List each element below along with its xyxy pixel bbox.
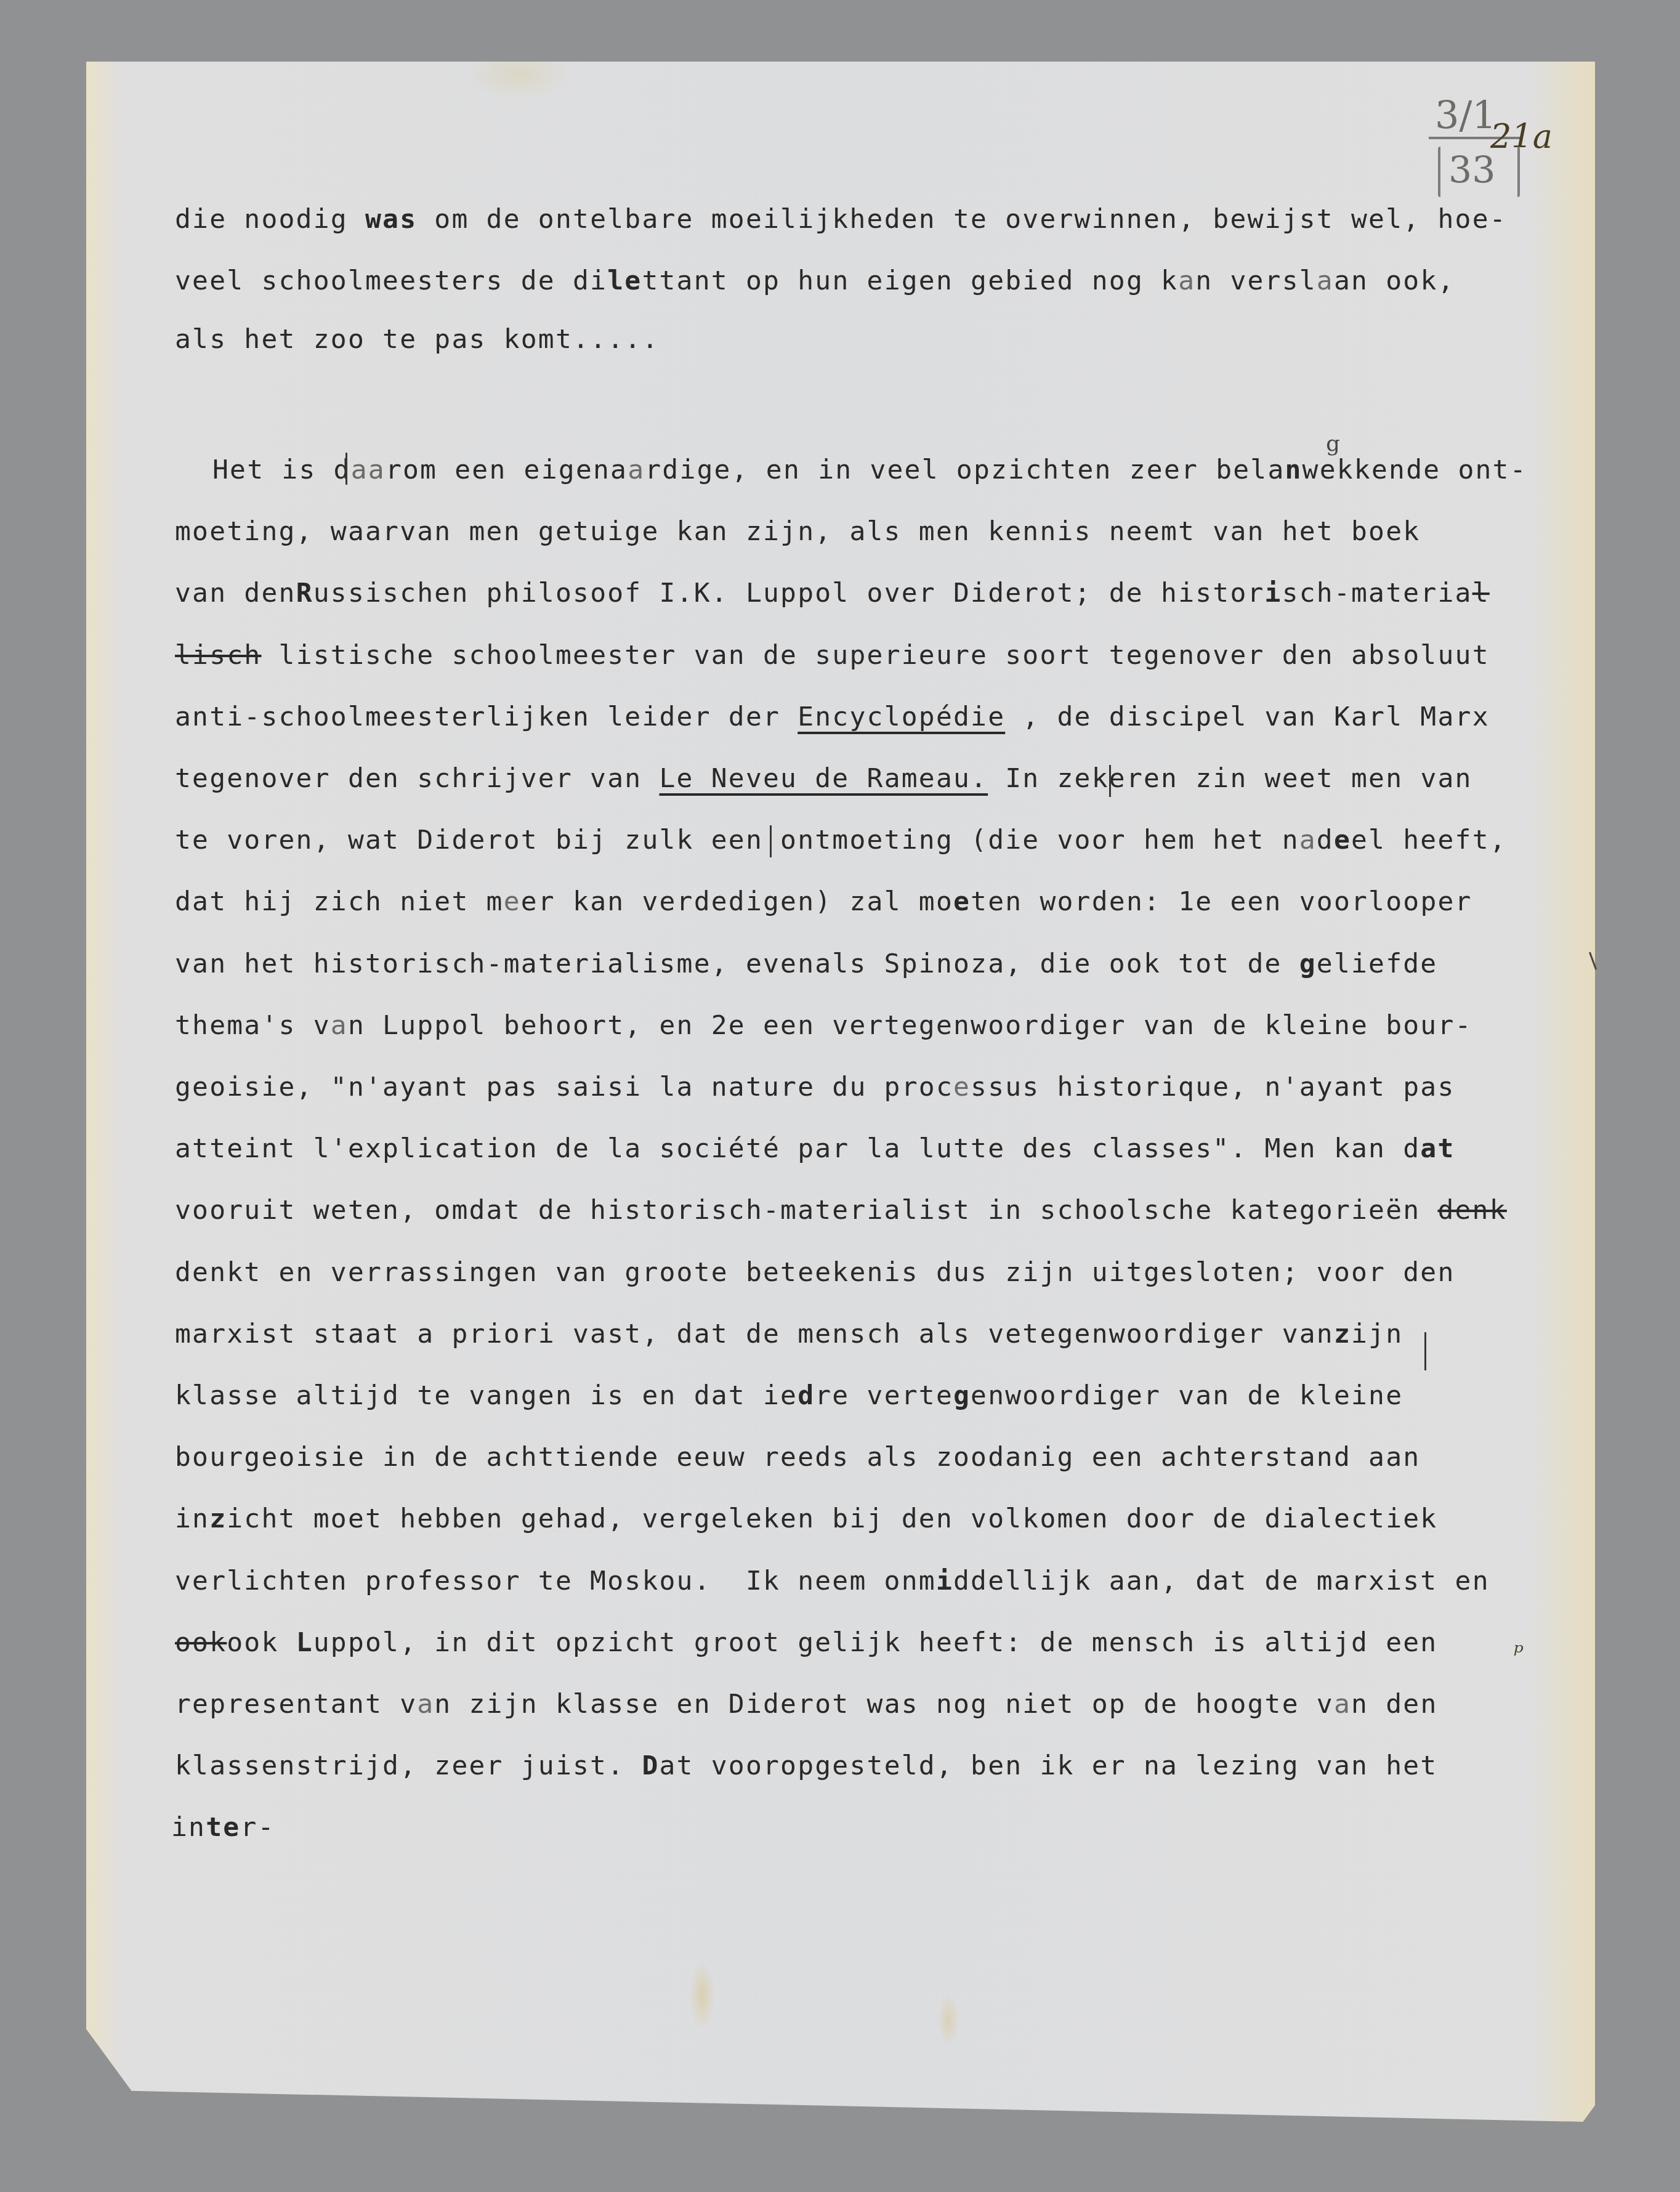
text-segment: klassenstrijd, zeer juist. (175, 1750, 642, 1781)
text-segment: a (1178, 265, 1195, 296)
text-segment: anti-schoolmeesterlijken leider der (175, 702, 798, 732)
text-segment: van den (175, 578, 296, 609)
text-segment: a (1317, 265, 1334, 296)
text-segment: verlichten professor te Moskou. Ik neem … (175, 1566, 936, 1596)
text-segment: rdige, en in veel opzichten zeer bela (645, 455, 1285, 485)
text-line: bourgeoisie in de achttiende eeuw reeds … (175, 1444, 1420, 1471)
text-segment: i (936, 1566, 953, 1596)
text-segment: te voren, wat Diderot bij zulk een ontmo… (175, 825, 1299, 855)
text-line: veel schoolmeesters de dilettant op hun … (175, 268, 1455, 294)
text-segment: vooruit weten, omdat de historisch-mater… (175, 1195, 1437, 1226)
text-segment: a (1299, 825, 1317, 855)
text-segment: ddellijk aan, dat de marxist en (953, 1566, 1490, 1596)
text-line: moeting, waarvan men getuige kan zijn, a… (175, 519, 1420, 545)
text-segment: ijn (1351, 1319, 1403, 1349)
text-segment: d (1317, 825, 1334, 855)
text-segment: geoisie, "n'ayant pas saisi la nature du… (175, 1072, 953, 1102)
text-segment: representant v (175, 1689, 417, 1720)
text-segment: a (1334, 1689, 1351, 1720)
text-segment: d (798, 1380, 815, 1411)
text-segment: eliefde (1317, 948, 1438, 979)
boxed-page-number: 33 (1448, 149, 1495, 192)
text-line: die noodig was om de ontelbare moeilijkh… (175, 206, 1507, 233)
text-segment: ook (227, 1627, 296, 1658)
text-segment: van het historisch-materialisme, evenals… (175, 948, 1299, 979)
insertion-caret (1424, 1332, 1426, 1370)
text-segment: om de ontelbare moeilijkheden te overwin… (417, 204, 1507, 235)
text-segment: z (1334, 1319, 1351, 1349)
text-segment: D (642, 1750, 659, 1781)
struck-text: ook (175, 1627, 227, 1658)
text-segment: g (953, 1380, 971, 1411)
text-line: inzicht moet hebben gehad, vergeleken bi… (175, 1506, 1437, 1532)
text-segment: ussischen philosoof I.K. Luppol over Did… (313, 578, 1265, 609)
text-line: te voren, wat Diderot bij zulk een ontmo… (175, 827, 1507, 854)
text-line: dat hij zich niet meer kan verdedigen) z… (175, 889, 1472, 915)
text-segment: R (296, 578, 313, 609)
text-segment: moeting, waarvan men getuige kan zijn, a… (175, 516, 1420, 547)
text-line: tegenover den schrijver van Le Neveu de … (175, 766, 1472, 792)
text-segment: n den (1351, 1689, 1437, 1720)
text-segment: In zekeren zin weet men van (988, 763, 1472, 794)
text-segment: re verte (815, 1380, 953, 1411)
text-segment: i (1265, 578, 1282, 609)
text-segment: was (365, 204, 417, 235)
text-segment: n versl (1195, 265, 1317, 296)
text-segment: n zijn klasse en Diderot was nog niet op… (434, 1689, 1334, 1720)
margin-pencil-mark: ᵖ (1514, 1638, 1524, 1667)
struck-text: lisch (175, 640, 261, 671)
text-segment: in (171, 1812, 206, 1843)
text-segment: L (296, 1627, 313, 1658)
text-line: als het zoo te pas komt..... (175, 326, 659, 353)
text-line: inter- (171, 1814, 275, 1841)
text-segment: a (628, 455, 645, 485)
insertion-caret (770, 825, 772, 857)
text-segment: e (1334, 825, 1351, 855)
text-line: vooruit weten, omdat de historisch-mater… (175, 1197, 1507, 1224)
text-segment: marxist staat a priori vast, dat de mens… (175, 1319, 1334, 1349)
text-segment: e (953, 1072, 971, 1102)
text-segment: sch-materia (1282, 578, 1472, 609)
text-segment: z (209, 1503, 227, 1534)
text-segment: aa (351, 455, 386, 485)
text-segment: in (175, 1503, 209, 1534)
text-segment: veel schoolmeesters de di (175, 265, 607, 296)
text-segment: dat hij zich niet m (175, 886, 504, 917)
folio-pencil-number: 3/1 (1435, 92, 1496, 137)
text-segment: a (417, 1689, 434, 1720)
text-segment: rom een eigena (386, 455, 628, 485)
text-line: klasse altijd te vangen is en dat iedre … (175, 1383, 1403, 1409)
text-segment: r- (240, 1812, 275, 1843)
text-segment: at vooropgesteld, ben ik er na lezing va… (659, 1750, 1437, 1781)
text-segment: , de discipel van Karl Marx (1005, 702, 1489, 732)
text-segment: e (504, 886, 521, 917)
text-segment: enwoordiger van de kleine (971, 1380, 1403, 1411)
text-segment: als het zoo te pas komt..... (175, 324, 659, 355)
text-line: Het is daarom een eigenaardige, en in ve… (212, 457, 1527, 483)
text-line: van het historisch-materialisme, evenals… (175, 951, 1437, 977)
text-segment: tegenover den schrijver van (175, 763, 659, 794)
text-segment: ssus historique, n'ayant pas (971, 1072, 1455, 1102)
text-segment: at (1420, 1133, 1455, 1164)
text-segment: atteint l'explication de la société par … (175, 1133, 1420, 1164)
text-segment: te (206, 1812, 240, 1843)
insertion-caret (1109, 765, 1111, 797)
text-segment: n Luppol behoort, en 2e een vertegenwoor… (348, 1010, 1472, 1041)
text-segment: g (1299, 948, 1317, 979)
inserted-letter-g: g (1326, 431, 1340, 456)
text-line: klassenstrijd, zeer juist. Dat vooropges… (175, 1753, 1437, 1779)
text-segment: klasse altijd te vangen is en dat ie (175, 1380, 798, 1411)
text-line: atteint l'explication de la société par … (175, 1136, 1455, 1162)
underlined-title: Encyclopédie (798, 702, 1005, 732)
text-segment: thema's v (175, 1010, 331, 1041)
text-segment: icht moet hebben gehad, vergeleken bij d… (227, 1503, 1437, 1534)
text-line: representant van zijn klasse en Diderot … (175, 1691, 1437, 1718)
text-line: denkt en verrassingen van groote beteeke… (175, 1260, 1455, 1286)
text-line: verlichten professor te Moskou. Ik neem … (175, 1568, 1490, 1595)
text-line: marxist staat a priori vast, dat de mens… (175, 1321, 1403, 1348)
text-segment: a (331, 1010, 348, 1041)
text-segment: er kan verdedigen) zal mo (521, 886, 953, 917)
text-line: anti-schoolmeesterlijken leider der Ency… (175, 704, 1490, 730)
text-line: van denRussischen philosoof I.K. Luppol … (175, 580, 1490, 607)
text-segment: Het is d (212, 455, 351, 485)
text-segment: le (607, 265, 642, 296)
text-segment: el heeft, (1351, 825, 1507, 855)
text-line: geoisie, "n'ayant pas saisi la nature du… (175, 1074, 1455, 1101)
insertion-caret (345, 453, 347, 485)
text-segment: listische schoolmeester van de superieur… (261, 640, 1489, 671)
text-segment: ten worden: 1e een voorlooper (971, 886, 1472, 917)
text-segment: an ook, (1334, 265, 1455, 296)
text-segment: wekkende ont- (1302, 455, 1527, 485)
underlined-title: Le Neveu de Rameau. (659, 763, 988, 794)
text-segment: n (1285, 455, 1302, 485)
text-segment: die noodig (175, 204, 365, 235)
text-line: ookook Luppol, in dit opzicht groot geli… (175, 1630, 1437, 1656)
text-segment: bourgeoisie in de achttiende eeuw reeds … (175, 1442, 1420, 1473)
text-segment: e (953, 886, 971, 917)
text-line: lisch listische schoolmeester van de sup… (175, 642, 1490, 669)
struck-text: denk (1437, 1195, 1506, 1226)
text-segment: uppol, in dit opzicht groot gelijk heeft… (313, 1627, 1438, 1658)
text-line: thema's van Luppol behoort, en 2e een ve… (175, 1013, 1472, 1039)
struck-text: l (1472, 578, 1490, 609)
text-segment: denkt en verrassingen van groote beteeke… (175, 1257, 1455, 1288)
text-segment: ttant op hun eigen gebied nog k (642, 265, 1178, 296)
